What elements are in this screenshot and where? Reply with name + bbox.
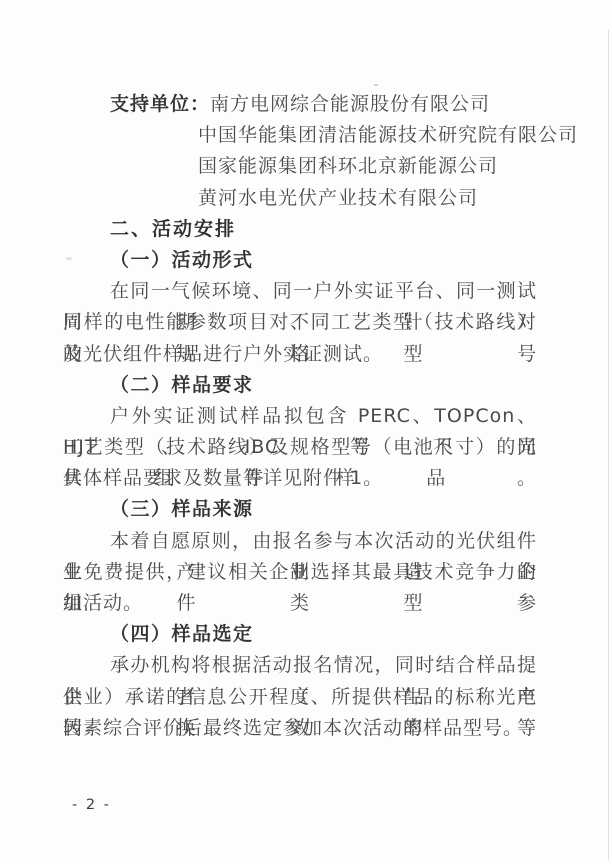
paragraph-line: 因素综合评价后最终选定参加本次活动的样品型号。: [63, 713, 537, 744]
subsection-heading-2: （二）样品要求: [63, 370, 537, 401]
support-company: 黄河水电光伏产业技术有限公司: [63, 183, 537, 214]
page-number: - 2 -: [72, 797, 111, 813]
text-column: 支持单位：南方电网综合能源股份有限公司 中国华能集团清洁能源技术研究院有限公司 …: [63, 89, 537, 744]
support-units-line: 支持单位：南方电网综合能源股份有限公司: [63, 89, 537, 120]
paragraph-line: 本着自愿原则，由报名参与本次活动的光伏组件生产制造企: [63, 526, 537, 557]
support-company: 南方电网综合能源股份有限公司: [210, 93, 490, 115]
paragraph-line: 户外实证测试样品拟包含 PERC、TOPCon、HJT、IBC 等不同: [63, 401, 537, 432]
paragraph-line: 承办机构将根据活动报名情况，同时结合样品提供者（生产: [63, 650, 537, 681]
subsection-heading-4: （四）样品选定: [63, 619, 537, 650]
support-company: 中国华能集团清洁能源技术研究院有限公司: [63, 120, 537, 151]
scan-edge-artifact: [608, 30, 610, 860]
subsection-heading-1: （一）活动形式: [63, 245, 537, 276]
scan-speck: [374, 84, 378, 86]
support-company: 国家能源集团科环北京新能源公司: [63, 151, 537, 182]
subsection-heading-3: （三）样品来源: [63, 494, 537, 525]
paragraph-line: 企业）承诺的信息公开程度、所提供样品的标称光电转换效率等: [63, 682, 537, 713]
paragraph-line: 业免费提供，建议相关企业选择其最具技术竞争力的组件类型参: [63, 557, 537, 588]
section-heading: 二、活动安排: [63, 214, 537, 245]
support-units-label: 支持单位：: [110, 93, 210, 115]
scan-speck: [66, 257, 72, 260]
paragraph-line: 同样的电性能参数项目对不同工艺类型（技术路线）及规格型号: [63, 307, 537, 338]
document-page: 支持单位：南方电网综合能源股份有限公司 中国华能集团清洁能源技术研究院有限公司 …: [0, 0, 612, 864]
paragraph-line: 工艺类型（技术路线）及规格型号（电池尺寸）的光伏组件样品。: [63, 432, 537, 463]
paragraph-line: 在同一气候环境、同一户外实证平台、同一测试周期、针对: [63, 276, 537, 307]
